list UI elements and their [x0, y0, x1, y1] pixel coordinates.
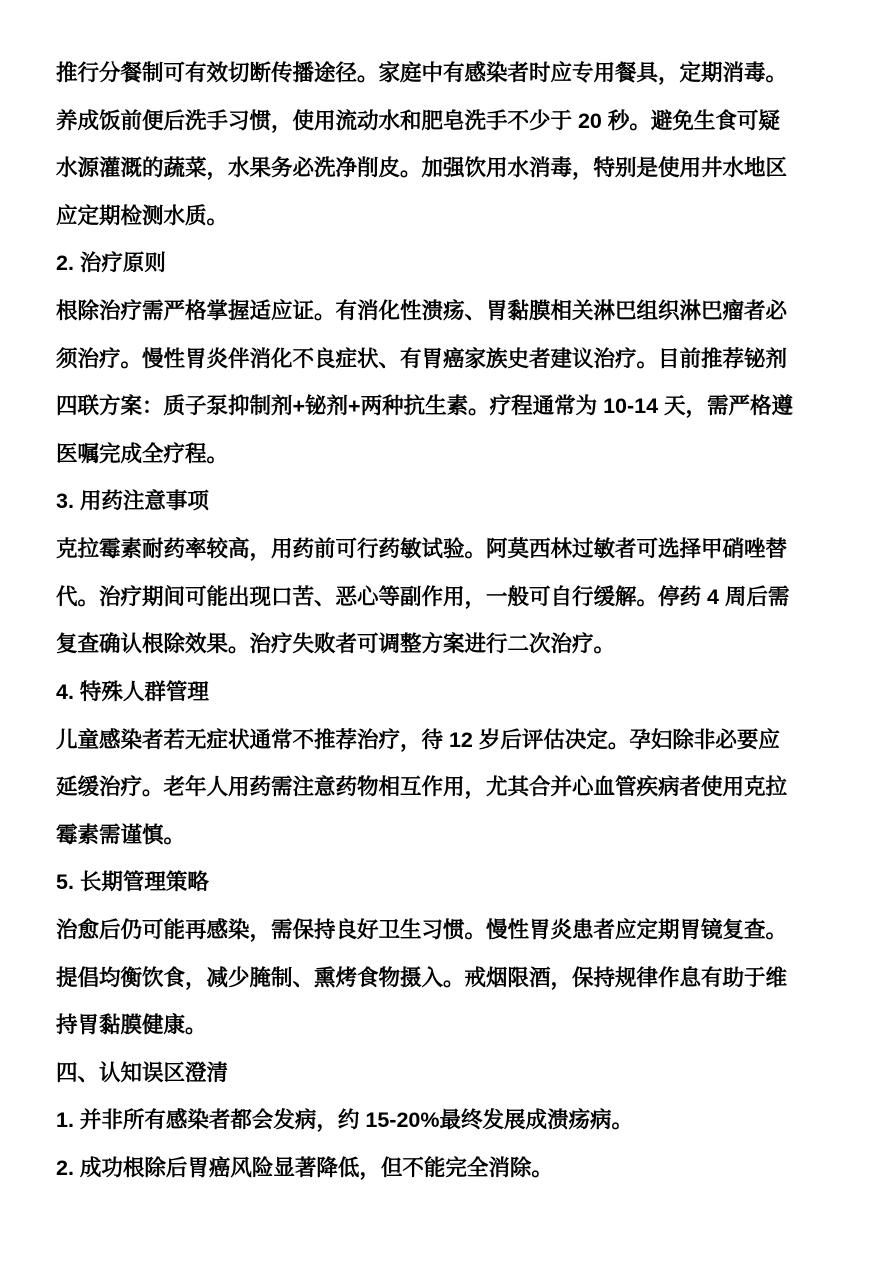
section-heading: 5. 长期管理策略 — [56, 859, 777, 907]
paragraph-line: 克拉霉素耐药率较高，用药前可行药敏试验。阿莫西林过敏者可选择甲硝唑替 — [56, 526, 777, 574]
paragraph-line: 代。治疗期间可能出现口苦、恶心等副作用，一般可自行缓解。停药 4 周后需 — [56, 574, 777, 622]
paragraph-line: 医嘱完成全疗程。 — [56, 431, 777, 479]
paragraph-line: 治愈后仍可能再感染，需保持良好卫生习惯。慢性胃炎患者应定期胃镜复查。 — [56, 907, 777, 955]
paragraph-line: 应定期检测水质。 — [56, 193, 777, 241]
section-heading: 四、认知误区澄清 — [56, 1050, 777, 1098]
paragraph-line: 儿童感染者若无症状通常不推荐治疗，待 12 岁后评估决定。孕妇除非必要应 — [56, 717, 777, 765]
paragraph-line: 须治疗。慢性胃炎伴消化不良症状、有胃癌家族史者建议治疗。目前推荐铋剂 — [56, 336, 777, 384]
document-page: 推行分餐制可有效切断传播途径。家庭中有感染者时应专用餐具，定期消毒。养成饭前便后… — [0, 0, 893, 1262]
section-heading: 2. 治疗原则 — [56, 240, 777, 288]
list-item: 1. 并非所有感染者都会发病，约 15-20%最终发展成溃疡病。 — [56, 1097, 777, 1145]
paragraph-line: 根除治疗需严格掌握适应证。有消化性溃疡、胃黏膜相关淋巴组织淋巴瘤者必 — [56, 288, 777, 336]
document-body: 推行分餐制可有效切断传播途径。家庭中有感染者时应专用餐具，定期消毒。养成饭前便后… — [56, 50, 777, 1193]
paragraph-line: 养成饭前便后洗手习惯，使用流动水和肥皂洗手不少于 20 秒。避免生食可疑 — [56, 98, 777, 146]
paragraph-line: 四联方案：质子泵抑制剂+铋剂+两种抗生素。疗程通常为 10-14 天，需严格遵 — [56, 383, 777, 431]
paragraph-line: 延缓治疗。老年人用药需注意药物相互作用，尤其合并心血管疾病者使用克拉 — [56, 764, 777, 812]
paragraph-line: 霉素需谨慎。 — [56, 812, 777, 860]
paragraph-line: 推行分餐制可有效切断传播途径。家庭中有感染者时应专用餐具，定期消毒。 — [56, 50, 777, 98]
paragraph-line: 持胃黏膜健康。 — [56, 1002, 777, 1050]
paragraph-line: 水源灌溉的蔬菜，水果务必洗净削皮。加强饮用水消毒，特别是使用井水地区 — [56, 145, 777, 193]
paragraph-line: 提倡均衡饮食，减少腌制、熏烤食物摄入。戒烟限酒，保持规律作息有助于维 — [56, 955, 777, 1003]
paragraph-line: 复查确认根除效果。治疗失败者可调整方案进行二次治疗。 — [56, 621, 777, 669]
section-heading: 3. 用药注意事项 — [56, 478, 777, 526]
section-heading: 4. 特殊人群管理 — [56, 669, 777, 717]
list-item: 2. 成功根除后胃癌风险显著降低，但不能完全消除。 — [56, 1145, 777, 1193]
